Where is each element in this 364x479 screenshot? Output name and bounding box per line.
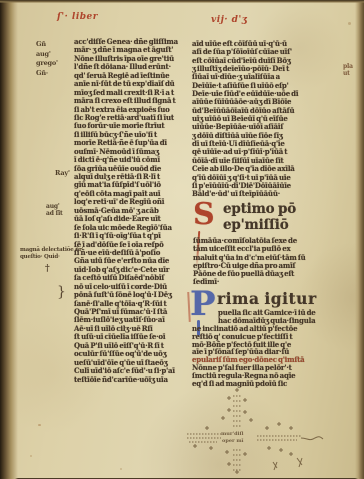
text-line: teſtīōīe ñd'carīūe·uōīʒ uīa [74, 376, 188, 384]
margin-citation: Gñ· [36, 69, 74, 79]
margin-note-line: aug' [46, 203, 63, 210]
text-line: eq'd ſi ad magnīū pdoīū ſic [192, 380, 333, 388]
book-edge-left [0, 0, 18, 479]
ink-speck [120, 468, 122, 470]
tree-vertical-upper [233, 396, 241, 426]
tree-crosses-upper [221, 388, 253, 422]
tree-vertical-lower [233, 450, 241, 470]
running-header-left: ſ'· liber [57, 12, 98, 22]
tree-y-flourish [273, 458, 302, 470]
margin-note-line: ut [343, 70, 353, 77]
margin-note-line: ad ſit [46, 210, 63, 217]
consanguinity-tree-diagram: mur'diſl oper mī [183, 388, 341, 476]
dagger-mark-icon: † [45, 264, 50, 274]
tree-horizontal-right [257, 436, 301, 440]
margin-citation: Gñ [36, 40, 74, 50]
margin-brace-icon: } [57, 284, 66, 300]
margin-note-line: pla [343, 63, 353, 70]
tree-horizontal-left [187, 434, 221, 442]
margin-note-pair: aug'ad ſit [46, 203, 63, 217]
display-line: ep'miſſiō [223, 218, 296, 234]
tree-tail-flourish [301, 437, 323, 440]
page-edge-right [355, 0, 364, 479]
tree-center-label-line1: mur'diſl [221, 431, 244, 437]
rubricated-initial-S: S [193, 200, 215, 230]
margin-note-ray: Ray' [55, 169, 70, 177]
section-b-incipit: rima igitur [217, 289, 317, 308]
manuscript-page: ſ'· liber vij· d'ʒ Gñaug'grego'Gñ· Ray' … [0, 0, 364, 479]
tree-center-label-line2: oper mī [222, 438, 244, 444]
text-column-right-top: aīd uīūe eſt cōīſūū uī·q'ū·ūaſī de ſūa p… [192, 40, 333, 199]
running-header-right: vij· d'ʒ [211, 15, 247, 25]
margin-citation: grego' [36, 59, 74, 69]
page-edge-top [0, 0, 364, 3]
margin-citations: Gñaug'grego'Gñ· [36, 40, 74, 78]
section-heading-display: eptimo pōep'miſſiō [223, 202, 296, 233]
display-line: eptimo pō [223, 202, 296, 218]
ink-speck [348, 22, 351, 25]
margin-note-right: plaut [343, 63, 353, 77]
ink-speck [38, 424, 41, 426]
section-a-paragraph: ſūmāūa·comīſolatōia ſexe detām uiceſſit … [193, 237, 333, 287]
margin-citation: aug' [36, 50, 74, 60]
ink-speck [30, 455, 32, 457]
section-b-paragraph: puella ſic ait Gamice·ī iū dehac dōmaīdū… [192, 309, 333, 388]
text-column-left: acc'diſſe Genea· dñe gliſſimamār· ʒ dñe … [74, 38, 188, 384]
